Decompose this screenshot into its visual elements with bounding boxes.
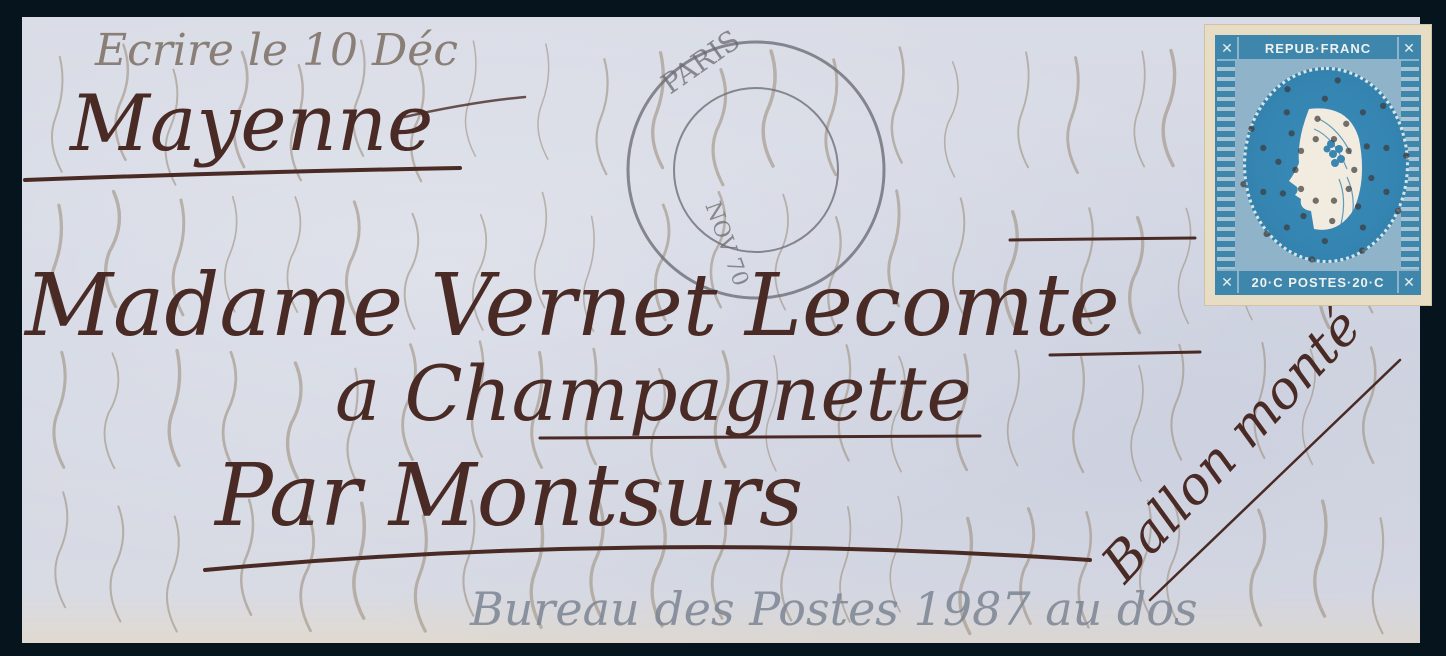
address-department: Mayenne <box>68 79 433 169</box>
stamp-frame: ✕ ✕ ✕ ✕ REPUB·FRANC 20·C POSTES·20·C <box>1215 35 1421 295</box>
stamp-cancel-dots <box>1217 37 1419 293</box>
department-underline <box>25 168 460 180</box>
address-town: a Champagnette <box>335 349 972 438</box>
address-recipient: Madame Vernet Lecomte <box>23 256 1120 356</box>
postage-stamp: ✕ ✕ ✕ ✕ REPUB·FRANC 20·C POSTES·20·C <box>1205 25 1431 305</box>
top-note: Ecrire le 10 Déc <box>94 25 458 76</box>
bottom-pencil-note: Bureau des Postes 1987 au dos <box>469 582 1198 636</box>
routing-note: Ballon monté <box>1090 297 1373 594</box>
via-underline <box>205 547 1090 570</box>
address-via: Par Montsurs <box>213 446 803 546</box>
